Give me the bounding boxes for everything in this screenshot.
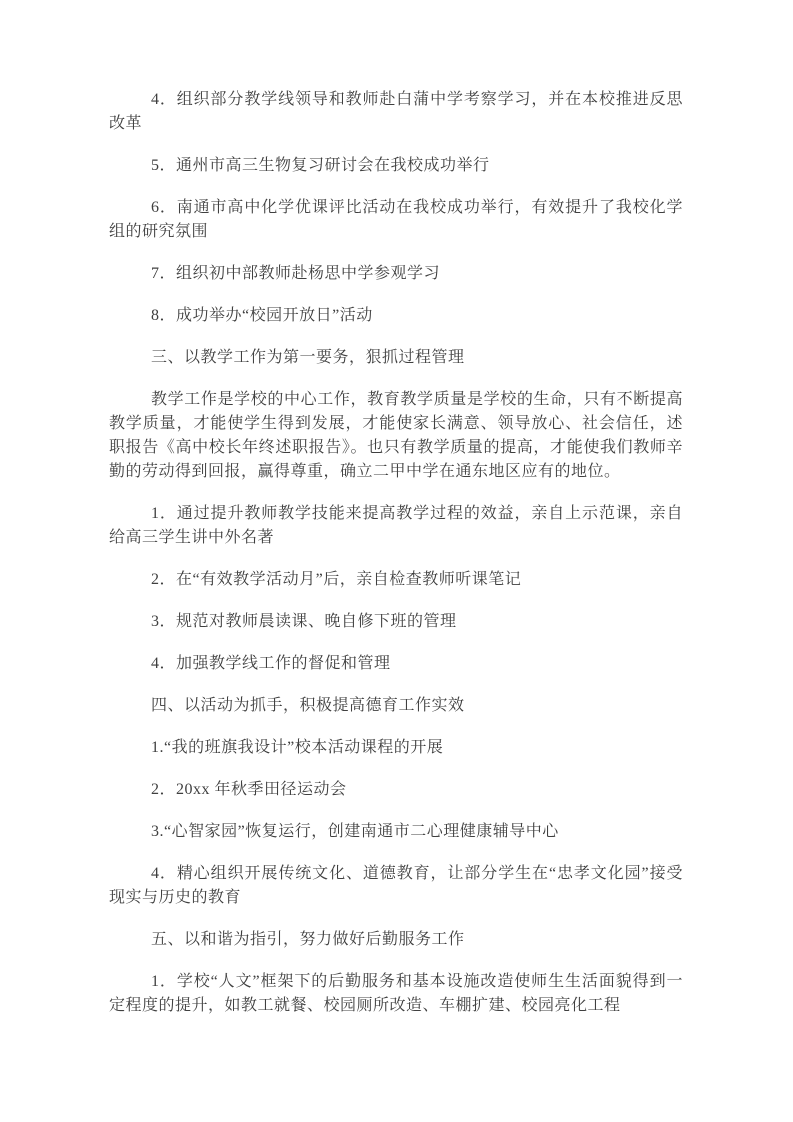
body-paragraph: 教学工作是学校的中心工作，教育教学质量是学校的生命，只有不断提高教学质量，才能使…	[109, 388, 683, 484]
list-item: 2．20xx 年秋季田径运动会	[109, 778, 683, 802]
list-item: 7．组织初中部教师赴杨思中学参观学习	[109, 262, 683, 286]
list-item: 4．精心组织开展传统文化、道德教育，让部分学生在“忠孝文化园”接受现实与历史的教…	[109, 862, 683, 910]
list-item: 8．成功举办“校园开放日”活动	[109, 304, 683, 328]
section-heading: 五、以和谐为指引，努力做好后勤服务工作	[109, 928, 683, 952]
list-item: 6．南通市高中化学优课评比活动在我校成功举行，有效提升了我校化学组的研究氛围	[109, 196, 683, 244]
list-item: 4．组织部分教学线领导和教师赴白蒲中学考察学习，并在本校推进反思改革	[109, 88, 683, 136]
list-item: 4．加强教学线工作的督促和管理	[109, 652, 683, 676]
list-item: 3．规范对教师晨读课、晚自修下班的管理	[109, 610, 683, 634]
list-item: 5．通州市高三生物复习研讨会在我校成功举行	[109, 154, 683, 178]
document-body: 4．组织部分教学线领导和教师赴白蒲中学考察学习，并在本校推进反思改革 5．通州市…	[109, 88, 683, 1018]
section-heading: 四、以活动为抓手，积极提高德育工作实效	[109, 694, 683, 718]
document-page: 4．组织部分教学线领导和教师赴白蒲中学考察学习，并在本校推进反思改革 5．通州市…	[0, 0, 793, 1122]
list-item: 1．学校“人文”框架下的后勤服务和基本设施改造使师生生活面貌得到一定程度的提升，…	[109, 970, 683, 1018]
section-heading: 三、以教学工作为第一要务，狠抓过程管理	[109, 346, 683, 370]
list-item: 2．在“有效教学活动月”后，亲自检查教师听课笔记	[109, 568, 683, 592]
list-item: 1.“我的班旗我设计”校本活动课程的开展	[109, 736, 683, 760]
list-item: 1．通过提升教师教学技能来提高教学过程的效益，亲自上示范课，亲自给高三学生讲中外…	[109, 502, 683, 550]
list-item: 3.“心智家园”恢复运行，创建南通市二心理健康辅导中心	[109, 820, 683, 844]
